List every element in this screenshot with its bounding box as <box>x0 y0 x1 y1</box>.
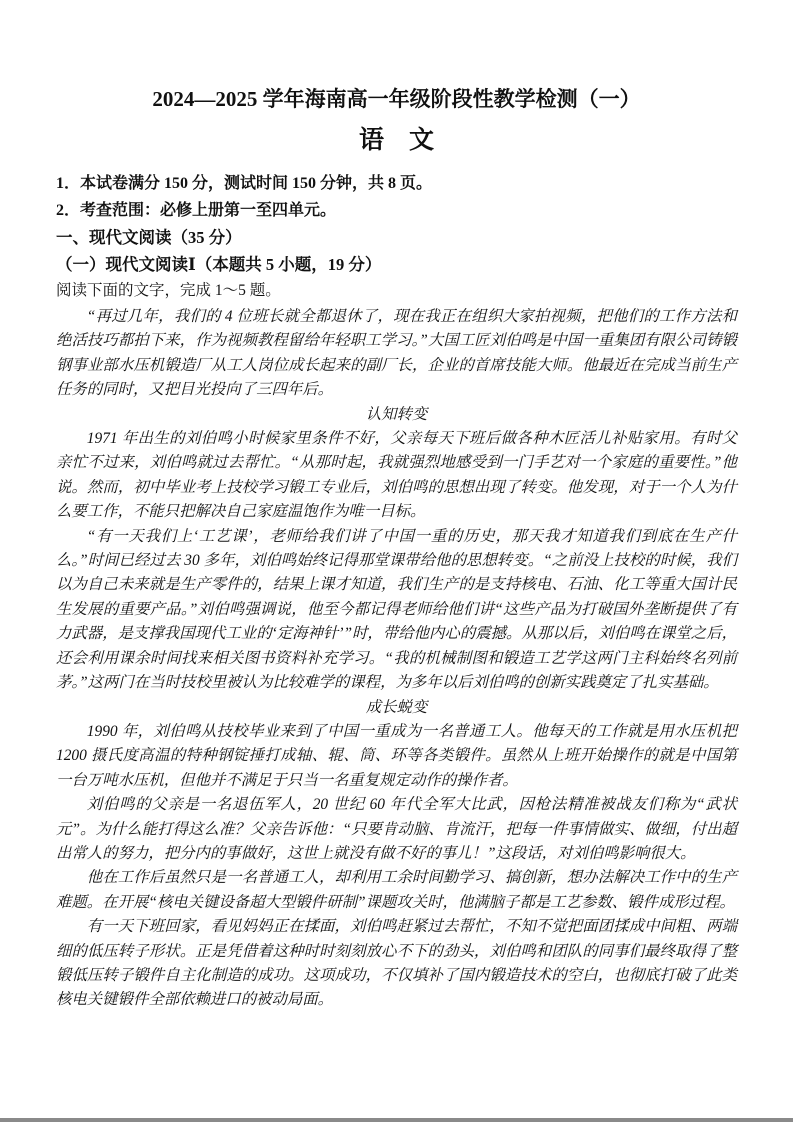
passage-paragraph: 1971 年出生的刘伯鸣小时候家里条件不好，父亲每天下班后做各种木匠活儿补贴家用… <box>56 427 737 525</box>
note-total-score: 1．本试卷满分 150 分，测试时间 150 分钟，共 8 页。 <box>56 170 737 197</box>
passage-paragraph: 刘伯鸣的父亲是一名退伍军人，20 世纪 60 年代全军大比武，因枪法精准被战友们… <box>56 793 737 866</box>
passage-subheading-cognitive-change: 认知转变 <box>56 403 737 427</box>
exam-notes: 1．本试卷满分 150 分，测试时间 150 分钟，共 8 页。 2．考查范围：… <box>56 170 737 224</box>
subject-title: 语 文 <box>56 124 737 158</box>
passage-subheading-growth-transformation: 成长蜕变 <box>56 696 737 720</box>
passage-paragraph: 有一天下班回家，看见妈妈正在揉面，刘伯鸣赶紧过去帮忙，不知不觉把面团揉成中间粗、… <box>56 915 737 1013</box>
passage-paragraph: 1990 年，刘伯鸣从技校毕业来到了中国一重成为一名普通工人。他每天的工作就是用… <box>56 720 737 793</box>
exam-title: 2024—2025 学年海南高一年级阶段性教学检测（一） <box>56 84 737 114</box>
passage-paragraph: “再过几年，我们的 4 位班长就全都退休了，现在我正在组织大家拍视频，把他们的工… <box>56 305 737 403</box>
exam-paper-page: 2024—2025 学年海南高一年级阶段性教学检测（一） 语 文 1．本试卷满分… <box>0 0 793 1122</box>
passage-paragraph: 他在工作后虽然只是一名普通工人，却利用工余时间勤学习、搞创新，想办法解决工作中的… <box>56 866 737 915</box>
subsection-heading-reading-1: （一）现代文阅读Ⅰ（本题共 5 小题，19 分） <box>56 251 737 278</box>
passage-paragraph: “有一天我们上‘工艺课’，老师给我们讲了中国一重的历史，那天我才知道我们到底在生… <box>56 525 737 696</box>
section-heading-modern-reading: 一、现代文阅读（35 分） <box>56 224 737 251</box>
reading-passage: “再过几年，我们的 4 位班长就全都退休了，现在我正在组织大家拍视频，把他们的工… <box>56 305 737 1013</box>
note-scope: 2．考查范围：必修上册第一至四单元。 <box>56 197 737 224</box>
reading-instruction: 阅读下面的文字，完成 1～5 题。 <box>56 278 737 303</box>
